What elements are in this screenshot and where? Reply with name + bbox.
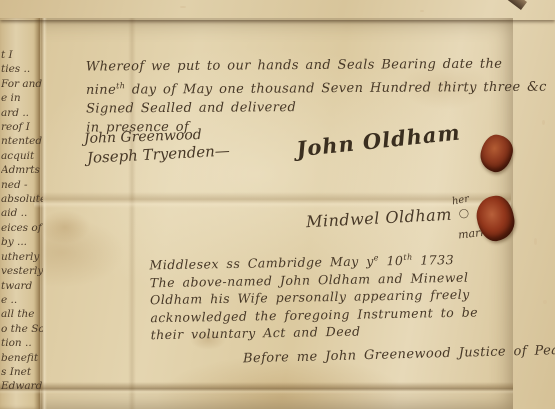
margin-text-line: ties .. (1, 62, 43, 76)
wood-frame-right (511, 0, 555, 409)
margin-text-line: all the (1, 307, 43, 321)
margin-text-line: by ... (1, 235, 43, 249)
margin-text-line: eices of (1, 221, 43, 235)
margin-text-line: For and (1, 77, 43, 91)
margin-text-line: ntented (1, 134, 43, 148)
frame-scratch (420, 10, 424, 12)
margin-text-line: t I (1, 48, 43, 62)
margin-text-line: reof I (1, 120, 43, 134)
acknowledgment-paragraph: Middlesex ss Cambridge May ye 10th 1733 … (149, 247, 523, 344)
framed-document-photo: t Ities ..For ande inard ..reof Intented… (0, 0, 555, 409)
margin-text-line: tward (1, 279, 43, 293)
left-margin-text-fragments: t Ities ..For ande inard ..reof Intented… (1, 48, 43, 394)
closing-line-2: nineth day of May one thousand Seven Hun… (86, 73, 528, 99)
margin-text-line: aid .. (1, 206, 43, 220)
margin-text-line: ard .. (1, 106, 43, 120)
closing-paragraph: Whereof we put to our hands and Seals Be… (86, 54, 529, 137)
margin-text-line: o the Som (1, 322, 43, 336)
margin-text-line: utherly (1, 250, 43, 264)
frame-scratch (543, 300, 547, 304)
margin-text-line: tion .. (1, 336, 43, 350)
margin-text-line: ned - (1, 178, 43, 192)
frame-scratch (534, 238, 537, 245)
frame-scratch (542, 120, 545, 125)
margin-text-line: e .. (1, 293, 43, 307)
margin-text-line: e in (1, 91, 43, 105)
margin-text-line: Edward (1, 379, 43, 393)
margin-text-line: acquit (1, 149, 43, 163)
margin-text-line: benefit (1, 351, 43, 365)
margin-text-line: vesterly (1, 264, 43, 278)
margin-text-line: s Inet (1, 365, 43, 379)
frame-scratch (180, 6, 186, 8)
wood-frame-top (0, 0, 555, 20)
margin-text-line: absolutely (1, 192, 43, 206)
her-mark-symbol: ◯ (459, 209, 470, 220)
margin-text-line: Admrts (1, 163, 43, 177)
